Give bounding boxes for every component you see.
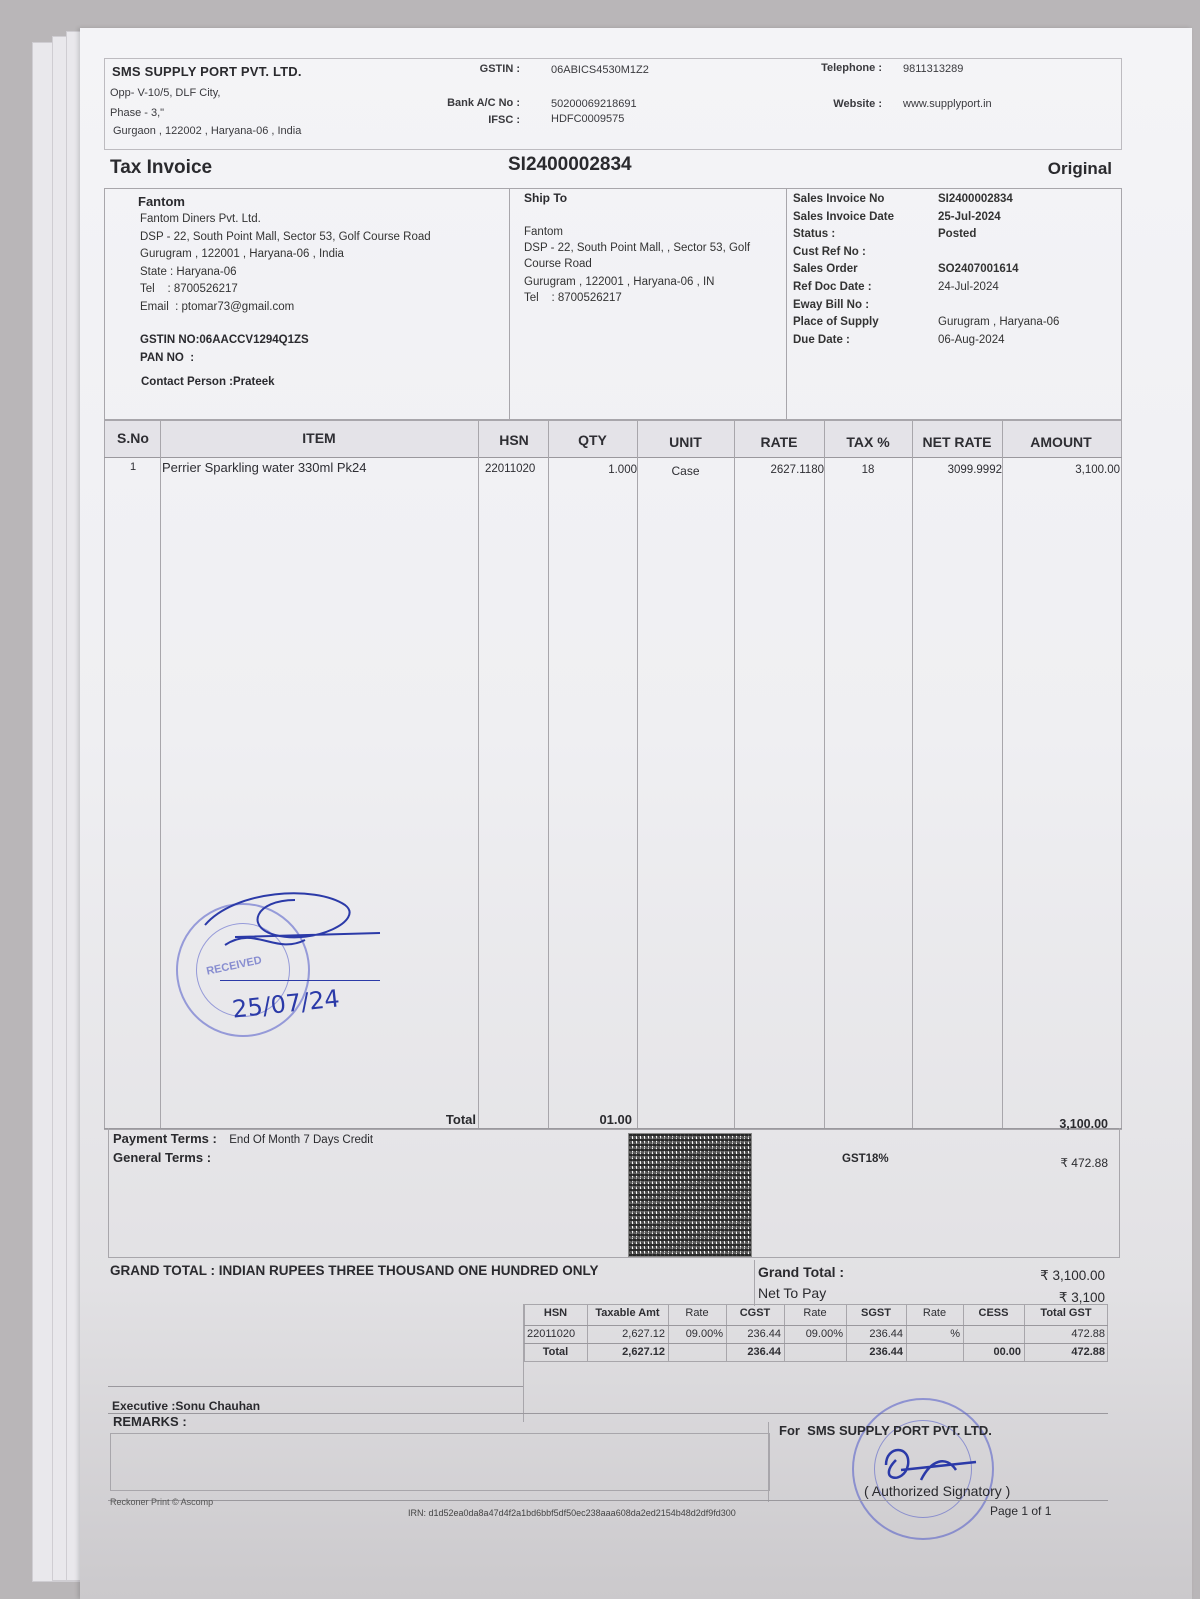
column-divider [912, 421, 913, 1128]
col-header-rate: RATE [734, 434, 824, 450]
column-divider [637, 421, 638, 1128]
meta-label: Sales Invoice Date [793, 209, 938, 227]
ifsc-code: HDFC0009575 [551, 113, 624, 125]
bill-to-line: DSP - 22, South Point Mall, Sector 53, G… [140, 229, 431, 247]
gst-total-cell: 236.44 [849, 1346, 903, 1358]
gst-column-divider [1024, 1304, 1025, 1362]
ship-to-line: DSP - 22, South Point Mall, , Sector 53,… [524, 240, 750, 256]
gst-total-cell: 2,627.12 [590, 1346, 665, 1358]
remarks-label: REMARKS : [113, 1414, 187, 1429]
company-address-line: Opp- V-10/5, DLF City, [110, 87, 220, 99]
cell-unit: Case [637, 464, 734, 478]
grand-total-words: GRAND TOTAL : INDIAN RUPEES THREE THOUSA… [110, 1263, 599, 1278]
contact-person: Contact Person :Prateek [141, 376, 275, 388]
cell-item: Perrier Sparkling water 330ml Pk24 [162, 460, 366, 475]
items-total-label: Total [420, 1112, 476, 1127]
col-header-item: ITEM [160, 430, 478, 446]
cell-sno: 1 [106, 461, 160, 473]
column-divider [160, 421, 161, 1128]
gst-col-header: Rate [671, 1307, 723, 1319]
payment-terms-label: Payment Terms : [113, 1131, 217, 1146]
meta-label: Ref Doc Date : [793, 279, 938, 297]
payment-terms: Payment Terms : End Of Month 7 Days Cred… [113, 1130, 373, 1148]
meta-label: Sales Invoice No [793, 191, 938, 209]
grand-total-amount: ₹ 3,100.00 [990, 1268, 1105, 1284]
gst-cell: 236.44 [729, 1328, 781, 1340]
meta-label: Sales Order [793, 261, 938, 279]
signature-scribble [195, 885, 385, 965]
column-divider [548, 421, 549, 1128]
gst-total-cell: Total [527, 1346, 584, 1358]
gstin-label: GSTIN : [440, 63, 520, 75]
company-address-line: Phase - 3," [110, 107, 164, 119]
cell-tax: 18 [824, 464, 912, 476]
gst-column-divider [784, 1304, 785, 1362]
cell-net-rate: 3099.9992 [912, 464, 1002, 476]
gst-total-cell: 236.44 [729, 1346, 781, 1358]
cell-hsn: 22011020 [485, 463, 535, 475]
gst-rate-label: GST18% [842, 1153, 889, 1165]
ship-to-line: Course Road [524, 256, 750, 272]
gst-cell: 09.00% [787, 1328, 843, 1340]
bill-to-address: Fantom Diners Pvt. Ltd. DSP - 22, South … [140, 211, 431, 317]
meta-label: Place of Supply [793, 314, 938, 332]
print-credit: Reckoner Print © Ascomp [110, 1497, 213, 1507]
col-header-hsn: HSN [480, 432, 548, 448]
invoice-meta-row: Status :Posted [793, 226, 1113, 244]
company-gstin: 06ABICS4530M1Z2 [551, 64, 649, 76]
items-total-qty: 01.00 [548, 1112, 632, 1127]
telephone-label: Telephone : [780, 62, 882, 74]
column-divider [1002, 421, 1003, 1128]
invoice-meta-row: Sales Invoice NoSI2400002834 [793, 191, 1113, 209]
irn-number: IRN: d1d52ea0da8a47d4f2a1bd6bbf5df50ec23… [408, 1508, 736, 1518]
invoice-meta-row: Eway Bill No : [793, 297, 1113, 315]
bill-to-name: Fantom [138, 194, 185, 209]
website-label: Website : [780, 98, 882, 110]
meta-label: Status : [793, 226, 938, 244]
cell-amount: 3,100.00 [1002, 464, 1120, 476]
meta-value: Posted [938, 226, 976, 244]
gst-column-divider [963, 1304, 964, 1362]
gst-col-header: Rate [909, 1307, 960, 1319]
col-header-sno: S.No [106, 430, 160, 446]
meta-value: SO2407001614 [938, 261, 1019, 279]
gst-column-divider [906, 1304, 907, 1362]
copy-label: Original [1000, 159, 1112, 179]
gst-col-header: HSN [527, 1307, 584, 1319]
column-divider [734, 421, 735, 1128]
ship-to-heading: Ship To [524, 191, 567, 205]
gst-col-header: SGST [849, 1307, 903, 1319]
bill-to-line: Gurugram , 122001 , Haryana-06 , India [140, 246, 431, 264]
cell-qty: 1.000 [548, 464, 637, 476]
grand-total-label: Grand Total : [758, 1264, 844, 1280]
ifsc-label: IFSC : [440, 114, 520, 126]
col-header-net-rate: NET RATE [912, 434, 1002, 450]
column-divider [478, 421, 479, 1128]
gst-col-header: CESS [966, 1307, 1021, 1319]
bank-label: Bank A/C No : [420, 97, 520, 109]
gst-cell: 472.88 [1027, 1328, 1105, 1340]
bill-to-gstin: GSTIN NO:06AACCV1294Q1ZS [140, 334, 309, 346]
gst-cell: 2,627.12 [590, 1328, 665, 1340]
gst-col-header: Taxable Amt [590, 1307, 665, 1319]
bank-account: 50200069218691 [551, 98, 637, 110]
gst-column-divider [726, 1304, 727, 1362]
gst-cell: % [909, 1328, 960, 1340]
cell-rate: 2627.1180 [734, 464, 824, 476]
meta-label: Cust Ref No : [793, 244, 938, 262]
gst-cell: 236.44 [849, 1328, 903, 1340]
company-telephone: 9811313289 [903, 63, 963, 75]
ship-to-line: Tel : 8700526217 [524, 290, 750, 306]
gst-amount: ₹ 472.88 [1000, 1156, 1108, 1170]
col-header-amount: AMOUNT [1002, 434, 1120, 450]
meta-value: Gurugram , Haryana-06 [938, 314, 1059, 332]
page-number: Page 1 of 1 [990, 1504, 1051, 1518]
col-header-unit: UNIT [637, 434, 734, 450]
invoice-meta-row: Due Date :06-Aug-2024 [793, 332, 1113, 350]
bill-to-pan: PAN NO : [140, 352, 194, 364]
bill-to-line: State : Haryana-06 [140, 264, 431, 282]
invoice-meta-row: Sales OrderSO2407001614 [793, 261, 1113, 279]
invoice-meta-row: Sales Invoice Date25-Jul-2024 [793, 209, 1113, 227]
einvoice-qr-code [628, 1133, 752, 1257]
column-divider [824, 421, 825, 1128]
invoice-number: SI2400002834 [508, 154, 632, 176]
company-website[interactable]: www.supplyport.in [903, 98, 992, 110]
document-title: Tax Invoice [110, 157, 212, 179]
for-company-label: For SMS SUPPLY PORT PVT. LTD. [779, 1423, 992, 1438]
gst-cell: 09.00% [671, 1328, 723, 1340]
bill-to-line: Fantom Diners Pvt. Ltd. [140, 211, 431, 229]
bill-to-email: Email : ptomar73@gmail.com [140, 299, 431, 317]
gst-total-cell: 00.00 [966, 1346, 1021, 1358]
meta-value: 06-Aug-2024 [938, 332, 1005, 350]
net-to-pay-label: Net To Pay [758, 1285, 826, 1301]
invoice-meta-row: Cust Ref No : [793, 244, 1113, 262]
invoice-meta-row: Ref Doc Date :24-Jul-2024 [793, 279, 1113, 297]
gst-column-divider [846, 1304, 847, 1362]
invoice-meta-row: Place of SupplyGurugram , Haryana-06 [793, 314, 1113, 332]
col-header-tax: TAX % [824, 434, 912, 450]
gst-column-divider [668, 1304, 669, 1362]
ship-to-line: Gurugram , 122001 , Haryana-06 , IN [524, 274, 750, 290]
meta-value: SI2400002834 [938, 191, 1013, 209]
company-address-line: Gurgaon , 122002 , Haryana-06 , India [113, 125, 301, 137]
remarks-box [110, 1433, 770, 1491]
gst-col-header: CGST [729, 1307, 781, 1319]
meta-value: 24-Jul-2024 [938, 279, 999, 297]
executive-name: Executive :Sonu Chauhan [112, 1399, 260, 1413]
general-terms-label: General Terms : [113, 1150, 211, 1165]
meta-value: 25-Jul-2024 [938, 209, 1001, 227]
gst-column-divider [587, 1304, 588, 1362]
invoice-meta: Sales Invoice NoSI2400002834Sales Invoic… [793, 191, 1113, 349]
ship-to-address: Fantom DSP - 22, South Point Mall, , Sec… [524, 224, 750, 306]
meta-label: Eway Bill No : [793, 297, 938, 315]
gst-cell: 22011020 [527, 1328, 584, 1340]
gst-total-cell: 472.88 [1027, 1346, 1105, 1358]
gst-col-header: Total GST [1027, 1307, 1105, 1319]
authorized-signatory-label: ( Authorized Signatory ) [864, 1483, 1010, 1499]
ship-to-line: Fantom [524, 224, 750, 240]
col-header-qty: QTY [548, 432, 637, 448]
payment-terms-value: End Of Month 7 Days Credit [229, 1134, 373, 1146]
gst-col-header: Rate [787, 1307, 843, 1319]
bill-to-line: Tel : 8700526217 [140, 281, 431, 299]
company-name: SMS SUPPLY PORT PVT. LTD. [112, 64, 302, 79]
meta-label: Due Date : [793, 332, 938, 350]
